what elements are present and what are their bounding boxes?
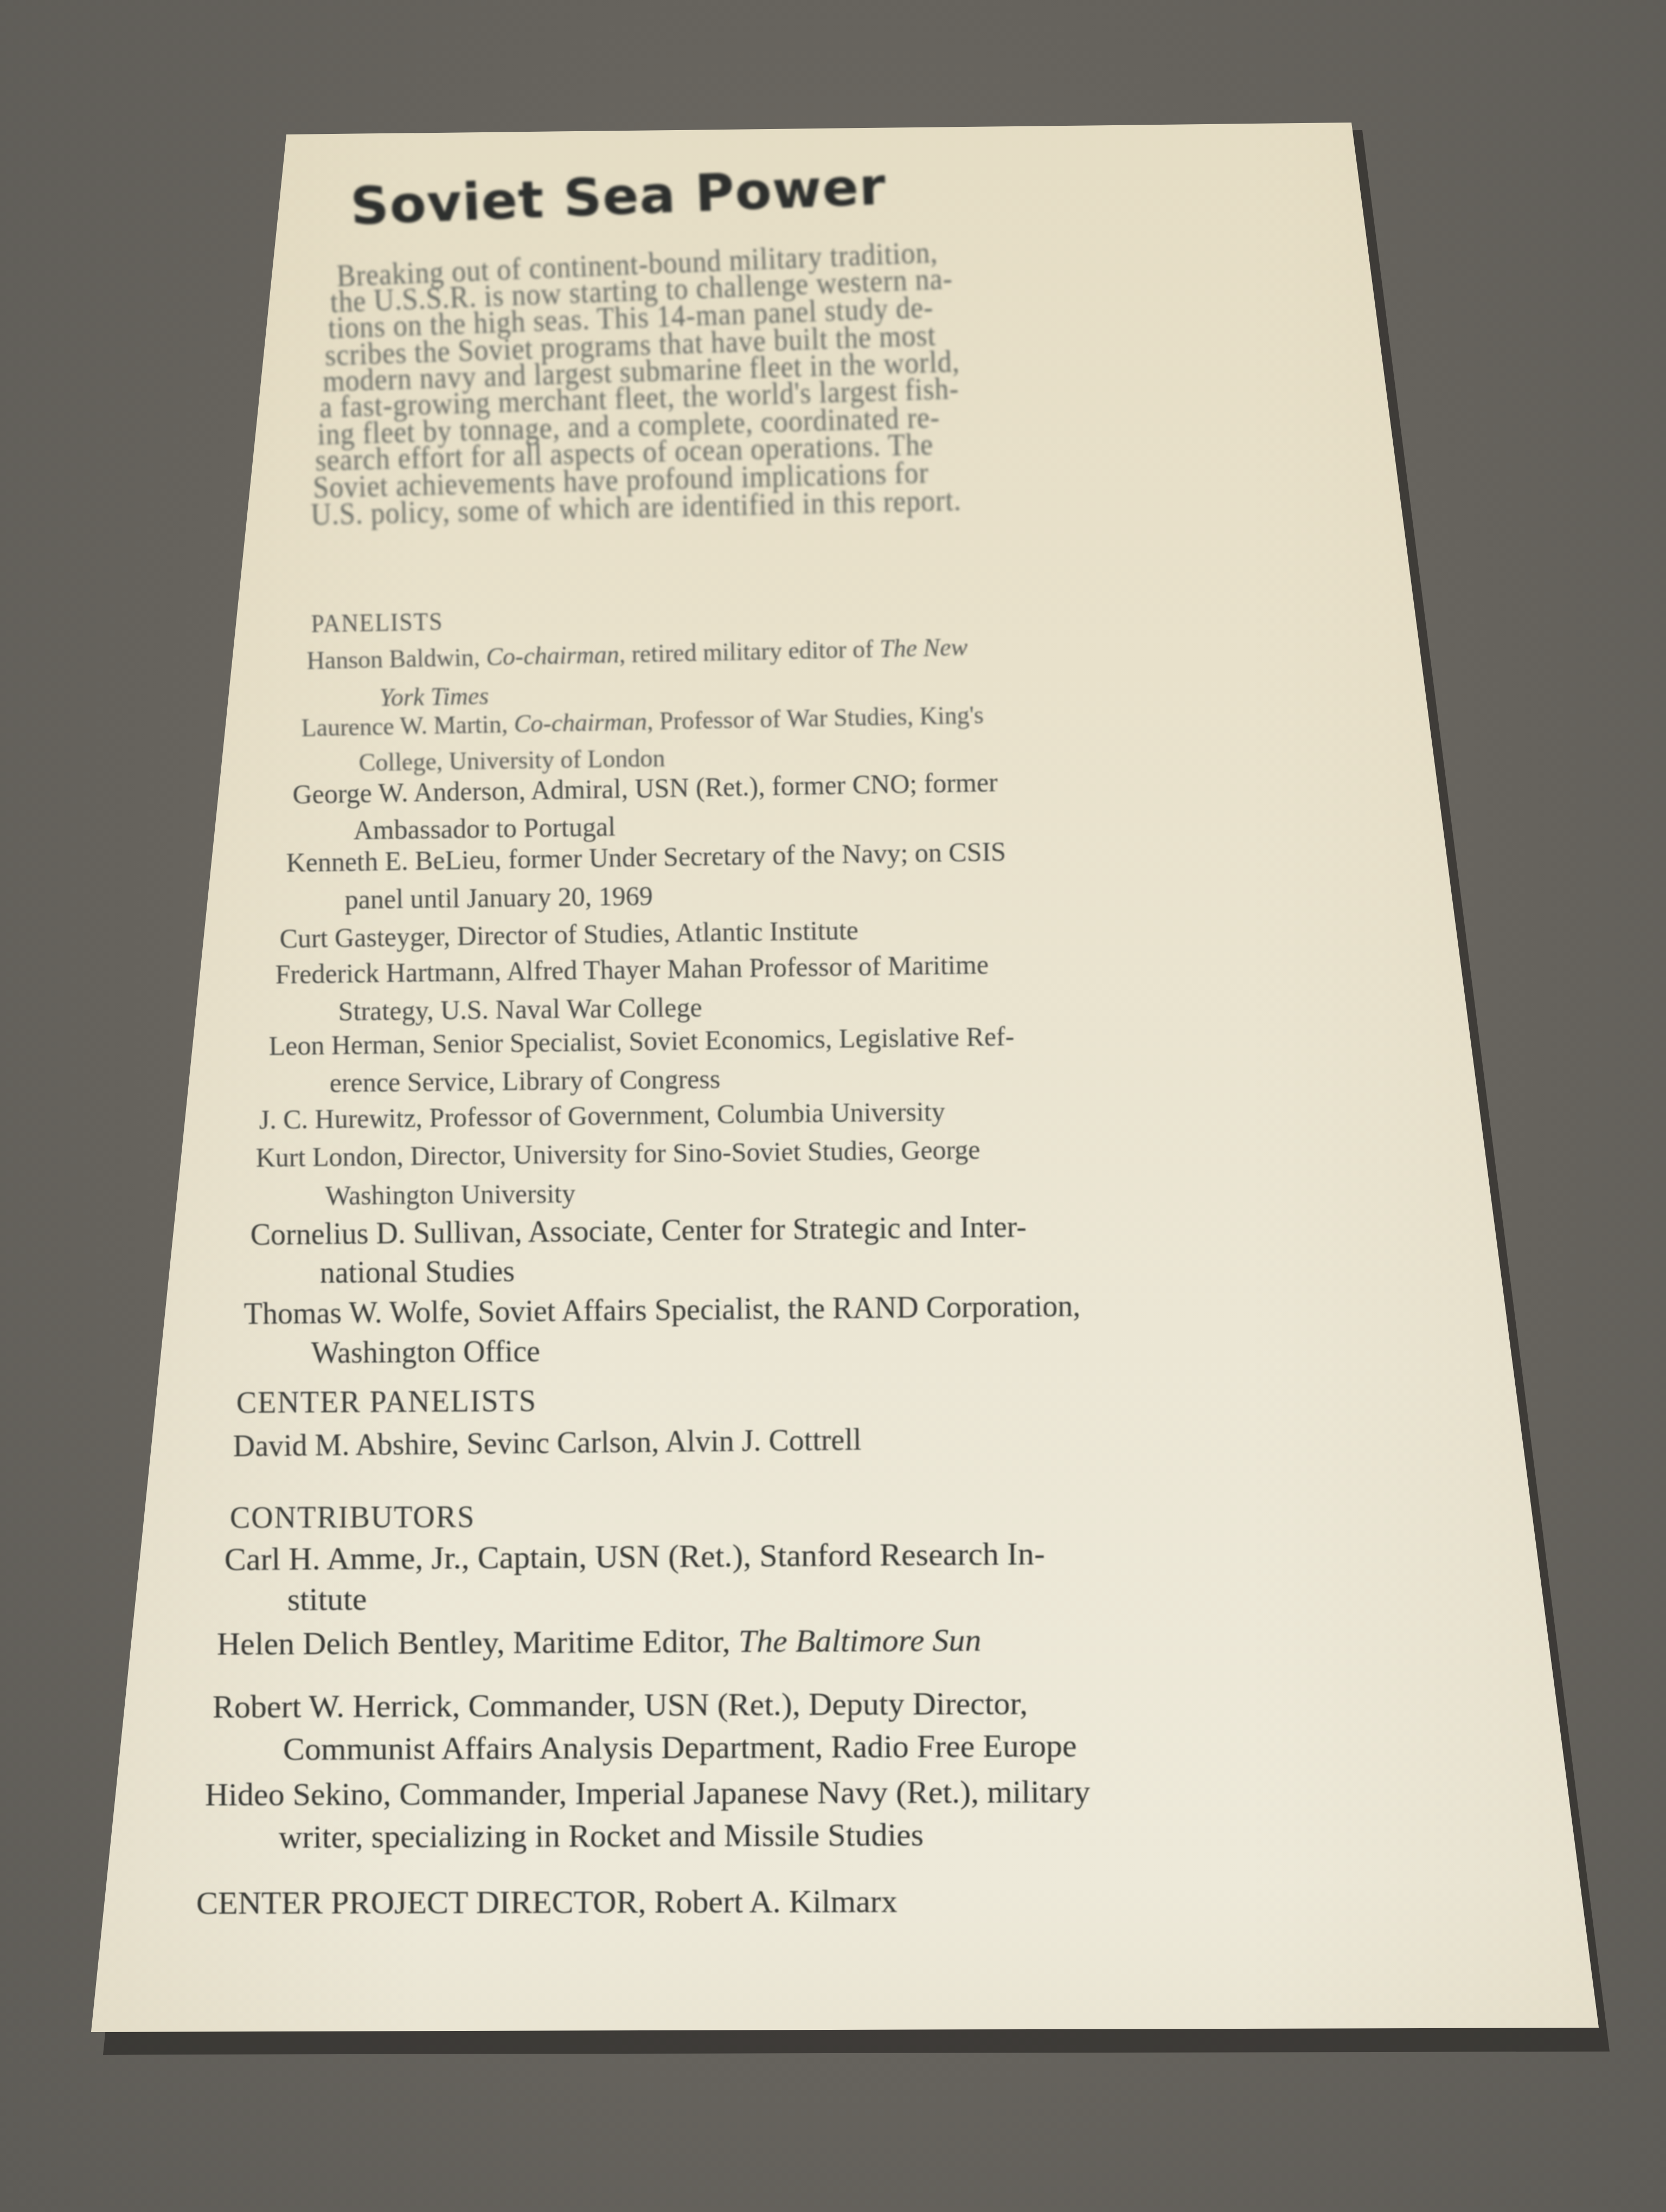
panelist-continuation: national Studies [320, 1256, 515, 1288]
panelist-role: Co-chairman [486, 640, 619, 671]
contributor-entry: Hideo Sekino, Commander, Imperial Japane… [205, 1775, 1090, 1811]
contributors-heading: CONTRIBUTORS [230, 1502, 476, 1533]
center-panelists-heading: CENTER PANELISTS [236, 1386, 537, 1418]
contributor-text: Robert W. Herrick, Commander, USN (Ret.)… [213, 1685, 1028, 1725]
continuation-text: erence Service, Library of Congress [329, 1063, 720, 1098]
panelist-continuation: erence Service, Library of Congress [329, 1065, 720, 1096]
continuation-text: Ambassador to Portugal [353, 811, 616, 845]
continuation-text: College, University of London [358, 744, 665, 776]
panelist-continuation: panel until January 20, 1969 [344, 882, 653, 913]
panelist-entry: Cornelius D. Sullivan, Associate, Center… [250, 1212, 1027, 1250]
contributor-continuation: Communist Affairs Analysis Department, R… [283, 1729, 1077, 1765]
project-director: CENTER PROJECT DIRECTOR, Robert A. Kilma… [196, 1885, 898, 1919]
contributor-entry: Helen Delich Bentley, Maritime Editor, T… [217, 1624, 982, 1660]
continuation-text: Washington Office [311, 1335, 541, 1370]
panelist-continuation: Washington University [325, 1180, 576, 1209]
contributor-text: Carl H. Amme, Jr., Captain, USN (Ret.), … [225, 1535, 1045, 1577]
contributor-entry: Carl H. Amme, Jr., Captain, USN (Ret.), … [225, 1537, 1045, 1576]
panelist-italic-tail: The New [879, 633, 967, 662]
contributor-entry: Robert W. Herrick, Commander, USN (Ret.)… [213, 1687, 1028, 1723]
continuation-text: national Studies [320, 1255, 515, 1290]
continuation-text: Strategy, U.S. Naval War College [338, 992, 702, 1026]
contributor-continuation: writer, specializing in Rocket and Missi… [279, 1818, 924, 1853]
contributor-continuation: stitute [287, 1583, 367, 1616]
panelist-role: Co-chairman [514, 708, 647, 738]
panelist-name: Laurence W. Martin, [301, 710, 514, 742]
panelist-continuation: College, University of London [358, 745, 665, 775]
project-director-name: Robert A. Kilmarx [654, 1883, 897, 1920]
panelist-entry: Thomas W. Wolfe, Soviet Affairs Speciali… [244, 1291, 1080, 1329]
contributor-text: Helen Delich Bentley, Maritime Editor, [217, 1623, 739, 1662]
contributor-text: Hideo Sekino, Commander, Imperial Japane… [205, 1773, 1090, 1812]
center-panelists-names: David M. Abshire, Sevinc Carlson, Alvin … [233, 1425, 861, 1462]
continuation-text: York Times [379, 682, 489, 711]
panelist-rest: , retired military editor of [619, 635, 880, 668]
continuation-text: Washington University [325, 1178, 576, 1211]
panelists-heading: PANELISTS [311, 609, 444, 636]
continuation-text: panel until January 20, 1969 [344, 880, 653, 915]
panelist-name: Hanson Baldwin, [306, 643, 486, 674]
panelist-continuation: Washington Office [311, 1336, 541, 1368]
panelist-continuation: Strategy, U.S. Naval War College [338, 994, 702, 1025]
publication-name: The Baltimore Sun [738, 1622, 981, 1659]
panelist-continuation: York Times [379, 684, 489, 710]
project-director-label: CENTER PROJECT DIRECTOR, [196, 1884, 655, 1921]
panelist-continuation: Ambassador to Portugal [353, 813, 616, 844]
